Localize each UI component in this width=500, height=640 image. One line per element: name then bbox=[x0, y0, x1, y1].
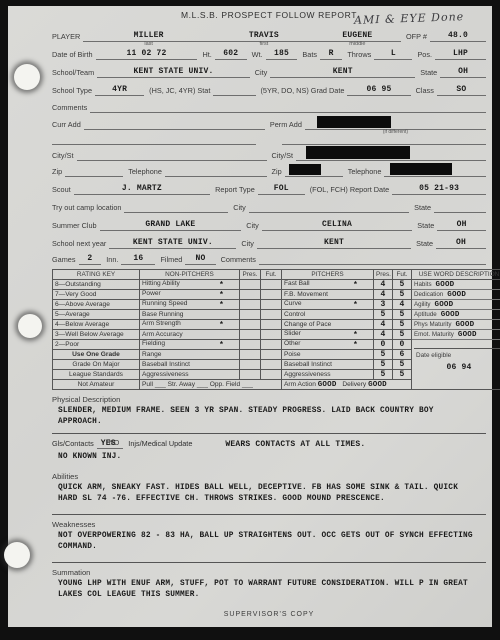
games-field: 2 bbox=[79, 253, 102, 265]
school-city-field: KENT bbox=[270, 66, 415, 78]
gls-contacts-label: Gls/Contacts bbox=[52, 439, 97, 449]
form-title: M.L.S.B. PROSPECT FOLLOW REPORT bbox=[52, 10, 486, 23]
school-team-value: KENT STATE UNIV. bbox=[133, 67, 213, 76]
wt-value: 185 bbox=[274, 49, 289, 58]
summer-club-value: GRAND LAKE bbox=[145, 220, 195, 229]
rating-key-grade-on-major: Grade On Major bbox=[53, 360, 140, 370]
school-city-value: KENT bbox=[333, 67, 353, 76]
np-footer-pull-stra-opp: Pull ___ Str. Away ___ Opp. Field ___ bbox=[140, 380, 282, 390]
ht-value: 602 bbox=[223, 49, 238, 58]
player-first-value: TRAVIS bbox=[249, 31, 279, 40]
physical-description-section: Physical Description SLENDER, MEDIUM FRA… bbox=[52, 395, 486, 428]
p-other: Other* bbox=[282, 340, 374, 350]
address-cont-row bbox=[52, 130, 486, 145]
school-stat-field bbox=[213, 84, 255, 96]
hole-punch-top bbox=[14, 64, 40, 90]
perm-add-label: Perm Add bbox=[265, 120, 305, 130]
report-type-value: FOL bbox=[274, 184, 289, 193]
school-next-field: KENT STATE UNIV. bbox=[109, 237, 236, 249]
ratings-row-1: 8—Outstanding Hitting Ability* Fast Ball… bbox=[53, 280, 500, 290]
pos-field: LHP bbox=[435, 48, 486, 60]
summer-club-field: GRAND LAKE bbox=[100, 219, 242, 231]
gls-contacts-field: YESNO bbox=[97, 438, 124, 449]
games-row: Games 2 Inn. 16 Filmed NO Comments bbox=[52, 249, 486, 265]
np-baseball-instinct: Baseball Instinct bbox=[140, 360, 240, 370]
next-state-value: OH bbox=[456, 238, 466, 247]
p-curve-fut: 4 bbox=[393, 300, 412, 310]
school-type-value: 4YR bbox=[112, 85, 127, 94]
ratings-table: RATING KEY NON-PITCHERS Pres. Fut. PITCH… bbox=[52, 269, 500, 390]
physical-description-label: Physical Description bbox=[52, 395, 486, 404]
scanned-form-page: AMI & EYE Done M.L.S.B. PROSPECT FOLLOW … bbox=[8, 6, 492, 627]
school-next-label: School next year bbox=[52, 239, 109, 249]
np-range: Range bbox=[140, 350, 240, 360]
curr-add-cont-field bbox=[52, 133, 256, 145]
school-state-field: OH bbox=[440, 66, 486, 78]
comments-label: Comments bbox=[52, 103, 90, 113]
np-arm-accuracy: Arm Accuracy bbox=[140, 330, 240, 340]
next-city-value: KENT bbox=[324, 238, 344, 247]
zip-label-left: Zip bbox=[52, 167, 65, 177]
city-st-label-left: City/St bbox=[52, 151, 77, 161]
injs-medical-label: Injs/Medical Update bbox=[123, 439, 195, 449]
report-date-value: 05 21-93 bbox=[419, 184, 459, 193]
comments-field bbox=[90, 101, 486, 113]
abilities-label: Abilities bbox=[52, 472, 486, 481]
injs-medical-value: WEARS CONTACTS AT ALL TIMES. bbox=[225, 440, 365, 449]
p-change-pres: 4 bbox=[374, 320, 393, 330]
header-rating-key: RATING KEY bbox=[53, 270, 140, 280]
ratings-row-7: 2—Poor Fielding* Other* 0 0 Date eligibl… bbox=[53, 340, 500, 350]
ofp-label: OFP # bbox=[401, 32, 430, 42]
scout-label: Scout bbox=[52, 185, 74, 195]
p-fb-movement-fut: 5 bbox=[393, 290, 412, 300]
city-st-redaction bbox=[306, 146, 410, 159]
school-team-label: School/Team bbox=[52, 68, 97, 78]
rating-key-league-standards: League Standards bbox=[53, 370, 140, 380]
bats-value: R bbox=[329, 49, 334, 58]
player-first-sublabel: first bbox=[214, 41, 314, 47]
wd-dedication: DedicationGOOD bbox=[412, 290, 500, 300]
school-type-row: School Type 4YR (HS, JC, 4YR) Stat (5YR,… bbox=[52, 78, 486, 96]
star-mark: * bbox=[220, 300, 223, 309]
throws-value: L bbox=[391, 49, 396, 58]
curr-add-field bbox=[84, 118, 265, 130]
player-middle-field: EUGENE middle bbox=[314, 30, 401, 42]
rating-key-2: 2—Poor bbox=[53, 340, 140, 350]
star-mark: * bbox=[354, 340, 357, 349]
tryout-label: Try out camp location bbox=[52, 203, 124, 213]
next-city-field: KENT bbox=[257, 237, 411, 249]
np-fielding: Fielding* bbox=[140, 340, 240, 350]
bats-field: R bbox=[320, 48, 342, 60]
p-other-pres: 0 bbox=[374, 340, 393, 350]
section-divider bbox=[52, 514, 486, 515]
injs-medical-value2: NO KNOWN INJ. bbox=[52, 452, 486, 463]
games-label: Games bbox=[52, 255, 79, 265]
weaknesses-label: Weaknesses bbox=[52, 520, 486, 529]
p-baseball-instinct: Baseball Instinct bbox=[282, 360, 374, 370]
report-type-label: Report Type bbox=[210, 185, 258, 195]
header-word-desc: USE WORD DESCRIPTION bbox=[412, 270, 500, 280]
np-arm-strength: Arm Strength* bbox=[140, 320, 240, 330]
np-base-running: Base Running bbox=[140, 310, 240, 320]
p-poise-pres: 5 bbox=[374, 350, 393, 360]
tel-label-right: Telephone bbox=[343, 167, 385, 177]
pos-label: Pos. bbox=[412, 50, 435, 60]
section-divider bbox=[52, 433, 486, 434]
header-non-pitchers: NON-PITCHERS bbox=[140, 270, 240, 280]
summation-text: YOUNG LHP WITH ENUF ARM, STUFF, POT TO W… bbox=[52, 579, 486, 601]
summer-city-value: CELINA bbox=[322, 220, 352, 229]
games-value: 2 bbox=[87, 254, 92, 263]
star-mark: * bbox=[220, 340, 223, 349]
player-row: PLAYER MILLER last TRAVIS first EUGENE m… bbox=[52, 27, 486, 42]
grad-date-field: 06 95 bbox=[347, 84, 410, 96]
rating-key-use-one-grade: Use One Grade bbox=[53, 350, 140, 360]
player-label: PLAYER bbox=[52, 32, 83, 42]
arm-action-value: GOOD bbox=[318, 381, 337, 389]
wd-agility: AgilityGOOD bbox=[412, 300, 500, 310]
wd-habits: HabitsGOOD bbox=[412, 280, 500, 290]
summer-state-label: State bbox=[412, 221, 437, 231]
scout-value: J. MARTZ bbox=[122, 184, 162, 193]
tryout-state-field bbox=[434, 201, 486, 213]
school-type-label: School Type bbox=[52, 86, 95, 96]
school-state-label: State bbox=[415, 68, 440, 78]
hole-punch-middle bbox=[18, 314, 42, 338]
p-slider-fut: 5 bbox=[393, 330, 412, 340]
dob-value: 11 02 72 bbox=[127, 49, 167, 58]
tel-field-right bbox=[384, 165, 486, 177]
summation-label: Summation bbox=[52, 568, 486, 577]
ratings-row-6: 3—Well Below Average Arm Accuracy Slider… bbox=[53, 330, 500, 340]
ratings-row-5: 4—Below Average Arm Strength* Change of … bbox=[53, 320, 500, 330]
school-next-row: School next year KENT STATE UNIV. City K… bbox=[52, 231, 486, 249]
star-mark: * bbox=[220, 290, 223, 299]
perm-add-redaction bbox=[317, 116, 391, 128]
np-power: Power* bbox=[140, 290, 240, 300]
tryout-field bbox=[124, 201, 228, 213]
tel-label-left: Telephone bbox=[123, 167, 165, 177]
star-mark: * bbox=[220, 280, 223, 289]
weaknesses-text: NOT OVERPOWERING 82 - 83 HA, BALL UP STR… bbox=[52, 531, 486, 553]
abilities-text: QUICK ARM, SNEAKY FAST. HIDES BALL WELL,… bbox=[52, 483, 486, 505]
rating-key-6: 6—Above Average bbox=[53, 300, 140, 310]
rating-key-3: 3—Well Below Average bbox=[53, 330, 140, 340]
p-control-pres: 5 bbox=[374, 310, 393, 320]
header-pres-p: Pres. bbox=[374, 270, 393, 280]
p-fb-movement: F.B. Movement bbox=[282, 290, 374, 300]
player-last-field: MILLER last bbox=[83, 30, 214, 42]
city-st-row: City/St City/St bbox=[52, 145, 486, 161]
gls-no-option: NO bbox=[109, 440, 120, 447]
player-first-field: TRAVIS first bbox=[214, 30, 314, 42]
p-agg-fut: 5 bbox=[393, 370, 412, 380]
p-footer-arm-action: Arm Action GOOD Delivery GOOD bbox=[282, 380, 412, 390]
tryout-row: Try out camp location City State bbox=[52, 195, 486, 213]
ratings-row-2: 7—Very Good Power* F.B. Movement 4 5 Ded… bbox=[53, 290, 500, 300]
scan-background: AMI & EYE Done M.L.S.B. PROSPECT FOLLOW … bbox=[0, 0, 500, 640]
games-comments-field bbox=[259, 253, 486, 265]
p-aggressiveness: Aggressiveness bbox=[282, 370, 374, 380]
comments-row: Comments bbox=[52, 96, 486, 113]
zip-label-right: Zip bbox=[267, 167, 285, 177]
city-st-field-right bbox=[296, 149, 486, 161]
rating-key-7: 7—Very Good bbox=[53, 290, 140, 300]
wd-emot-maturity: Emot. MaturityGOOD bbox=[412, 330, 500, 340]
games-comments-label: Comments bbox=[216, 255, 259, 265]
p-slider-pres: 4 bbox=[374, 330, 393, 340]
p-curve: Curve* bbox=[282, 300, 374, 310]
ratings-row-3: 6—Above Average Running Speed* Curve* 3 … bbox=[53, 300, 500, 310]
next-state-label: State bbox=[411, 239, 436, 249]
summer-club-label: Summer Club bbox=[52, 221, 100, 231]
p-change-of-pace: Change of Pace bbox=[282, 320, 374, 330]
physical-description-text: SLENDER, MEDIUM FRAME. SEEN 3 YR SPAN. S… bbox=[52, 406, 486, 428]
scout-row: Scout J. MARTZ Report Type FOL (FOL, FCH… bbox=[52, 177, 486, 195]
ratings-row-4: 5—Average Base Running Control 5 5 Aptit… bbox=[53, 310, 500, 320]
school-team-field: KENT STATE UNIV. bbox=[97, 66, 250, 78]
p-poise-fut: 6 bbox=[393, 350, 412, 360]
city-st-label-right: City/St bbox=[267, 151, 297, 161]
zip-phone-row: Zip Telephone Zip Telephone bbox=[52, 161, 486, 177]
tryout-state-label: State bbox=[409, 203, 434, 213]
wt-field: 185 bbox=[266, 48, 298, 60]
date-eligible-label: Date eligible bbox=[414, 349, 500, 359]
throws-field: L bbox=[374, 48, 412, 60]
p-other-fut: 0 bbox=[393, 340, 412, 350]
bio-row: Date of Birth 11 02 72 Ht. 602 Wt. 185 B… bbox=[52, 45, 486, 60]
header-fut-p: Fut. bbox=[393, 270, 412, 280]
player-middle-value: EUGENE bbox=[342, 31, 372, 40]
np-aggressiveness: Aggressiveness bbox=[140, 370, 240, 380]
date-eligible-cell: Date eligible 06 94 bbox=[412, 340, 500, 390]
grad-date-label: (5YR, DO, NS) Grad Date bbox=[256, 86, 348, 96]
class-label: Class bbox=[411, 86, 437, 96]
dob-label: Date of Birth bbox=[52, 50, 96, 60]
school-next-value: KENT STATE UNIV. bbox=[133, 238, 213, 247]
tel-field-left bbox=[165, 165, 267, 177]
pos-value: LHP bbox=[453, 49, 468, 58]
ofp-value: 48.0 bbox=[448, 31, 468, 40]
scout-field: J. MARTZ bbox=[74, 183, 210, 195]
inn-label: Inn. bbox=[101, 255, 121, 265]
class-value: SO bbox=[456, 85, 466, 94]
school-state-value: OH bbox=[458, 67, 468, 76]
inn-field: 16 bbox=[121, 253, 155, 265]
dob-field: 11 02 72 bbox=[96, 48, 198, 60]
zip-field-right bbox=[285, 165, 343, 177]
summer-city-field: CELINA bbox=[262, 219, 412, 231]
p-fast-ball-fut: 5 bbox=[393, 280, 412, 290]
p-curve-pres: 3 bbox=[374, 300, 393, 310]
weaknesses-section: Weaknesses NOT OVERPOWERING 82 - 83 HA, … bbox=[52, 520, 486, 553]
filmed-label: Filmed bbox=[155, 255, 185, 265]
star-mark: * bbox=[354, 280, 357, 289]
next-state-field: OH bbox=[436, 237, 486, 249]
school-type-field: 4YR bbox=[95, 84, 144, 96]
star-mark: * bbox=[354, 330, 357, 339]
wd-phys-maturity: Phys MaturityGOOD bbox=[412, 320, 500, 330]
wt-label: Wt. bbox=[247, 50, 266, 60]
tel-redaction bbox=[390, 163, 452, 175]
p-fb-movement-pres: 4 bbox=[374, 290, 393, 300]
school-team-row: School/Team KENT STATE UNIV. City KENT S… bbox=[52, 60, 486, 78]
grad-date-value: 06 95 bbox=[367, 85, 392, 94]
inn-value: 16 bbox=[133, 254, 143, 263]
p-control: Control bbox=[282, 310, 374, 320]
player-middle-sublabel: middle bbox=[314, 41, 401, 47]
ratings-header-row: RATING KEY NON-PITCHERS Pres. Fut. PITCH… bbox=[53, 270, 500, 280]
ofp-field: 48.0 bbox=[430, 30, 486, 42]
header-pitchers: PITCHERS bbox=[282, 270, 374, 280]
np-running-speed: Running Speed* bbox=[140, 300, 240, 310]
p-fast-ball-pres: 4 bbox=[374, 280, 393, 290]
ht-label: Ht. bbox=[197, 50, 214, 60]
star-mark: * bbox=[220, 320, 223, 329]
p-bi-fut: 5 bbox=[393, 360, 412, 370]
summation-section: Summation YOUNG LHP WITH ENUF ARM, STUFF… bbox=[52, 568, 486, 601]
next-city-label: City bbox=[236, 239, 257, 249]
rating-key-4: 4—Below Average bbox=[53, 320, 140, 330]
report-date-label: (FOL, FCH) Report Date bbox=[305, 185, 392, 195]
np-hitting-ability: Hitting Ability* bbox=[140, 280, 240, 290]
header-fut-np: Fut. bbox=[261, 270, 282, 280]
address-row: Curr Add Perm Add (if different) bbox=[52, 113, 486, 130]
player-last-value: MILLER bbox=[134, 31, 164, 40]
star-mark: * bbox=[354, 300, 357, 309]
rating-key-8: 8—Outstanding bbox=[53, 280, 140, 290]
form-content: M.L.S.B. PROSPECT FOLLOW REPORT PLAYER M… bbox=[52, 10, 486, 627]
bats-label: Bats bbox=[297, 50, 320, 60]
wd-aptitude: AptitudeGOOD bbox=[412, 310, 500, 320]
ht-field: 602 bbox=[215, 48, 247, 60]
p-fast-ball: Fast Ball* bbox=[282, 280, 374, 290]
summer-club-row: Summer Club GRAND LAKE City CELINA State… bbox=[52, 213, 486, 231]
gls-contacts-row: Gls/Contacts YESNO Injs/Medical Update W… bbox=[52, 438, 486, 449]
p-slider: Slider* bbox=[282, 330, 374, 340]
header-pres-np: Pres. bbox=[240, 270, 261, 280]
filmed-value: NO bbox=[196, 254, 206, 263]
class-field: SO bbox=[437, 84, 486, 96]
p-change-fut: 5 bbox=[393, 320, 412, 330]
perm-add-field: (if different) bbox=[305, 118, 486, 130]
p-agg-pres: 5 bbox=[374, 370, 393, 380]
player-last-sublabel: last bbox=[83, 41, 214, 47]
zip-redaction bbox=[289, 164, 321, 175]
filmed-field: NO bbox=[185, 253, 215, 265]
perm-add-cont-field bbox=[282, 133, 486, 145]
p-poise: Poise bbox=[282, 350, 374, 360]
rating-key-5: 5—Average bbox=[53, 310, 140, 320]
throws-label: Throws bbox=[342, 50, 374, 60]
abilities-section: Abilities QUICK ARM, SNEAKY FAST. HIDES … bbox=[52, 472, 486, 505]
summer-state-field: OH bbox=[437, 219, 486, 231]
curr-add-label: Curr Add bbox=[52, 120, 84, 130]
report-date-field: 05 21-93 bbox=[392, 183, 486, 195]
tryout-city-field bbox=[249, 201, 409, 213]
rating-key-not-amateur: Not Amateur bbox=[53, 380, 140, 390]
p-bi-pres: 5 bbox=[374, 360, 393, 370]
school-stat-label: (HS, JC, 4YR) Stat bbox=[144, 86, 213, 96]
tryout-city-label: City bbox=[228, 203, 249, 213]
zip-field-left bbox=[65, 165, 123, 177]
school-city-label: City bbox=[250, 68, 271, 78]
report-type-field: FOL bbox=[258, 183, 305, 195]
hole-punch-bottom bbox=[4, 542, 30, 568]
date-eligible-value: 06 94 bbox=[414, 359, 500, 372]
section-divider bbox=[52, 562, 486, 563]
supervisors-copy-label: SUPERVISOR'S COPY bbox=[52, 611, 486, 618]
delivery-value: GOOD bbox=[368, 381, 387, 389]
summer-state-value: OH bbox=[457, 220, 467, 229]
summer-city-label: City bbox=[241, 221, 262, 231]
p-control-fut: 5 bbox=[393, 310, 412, 320]
city-st-field-left bbox=[77, 149, 267, 161]
